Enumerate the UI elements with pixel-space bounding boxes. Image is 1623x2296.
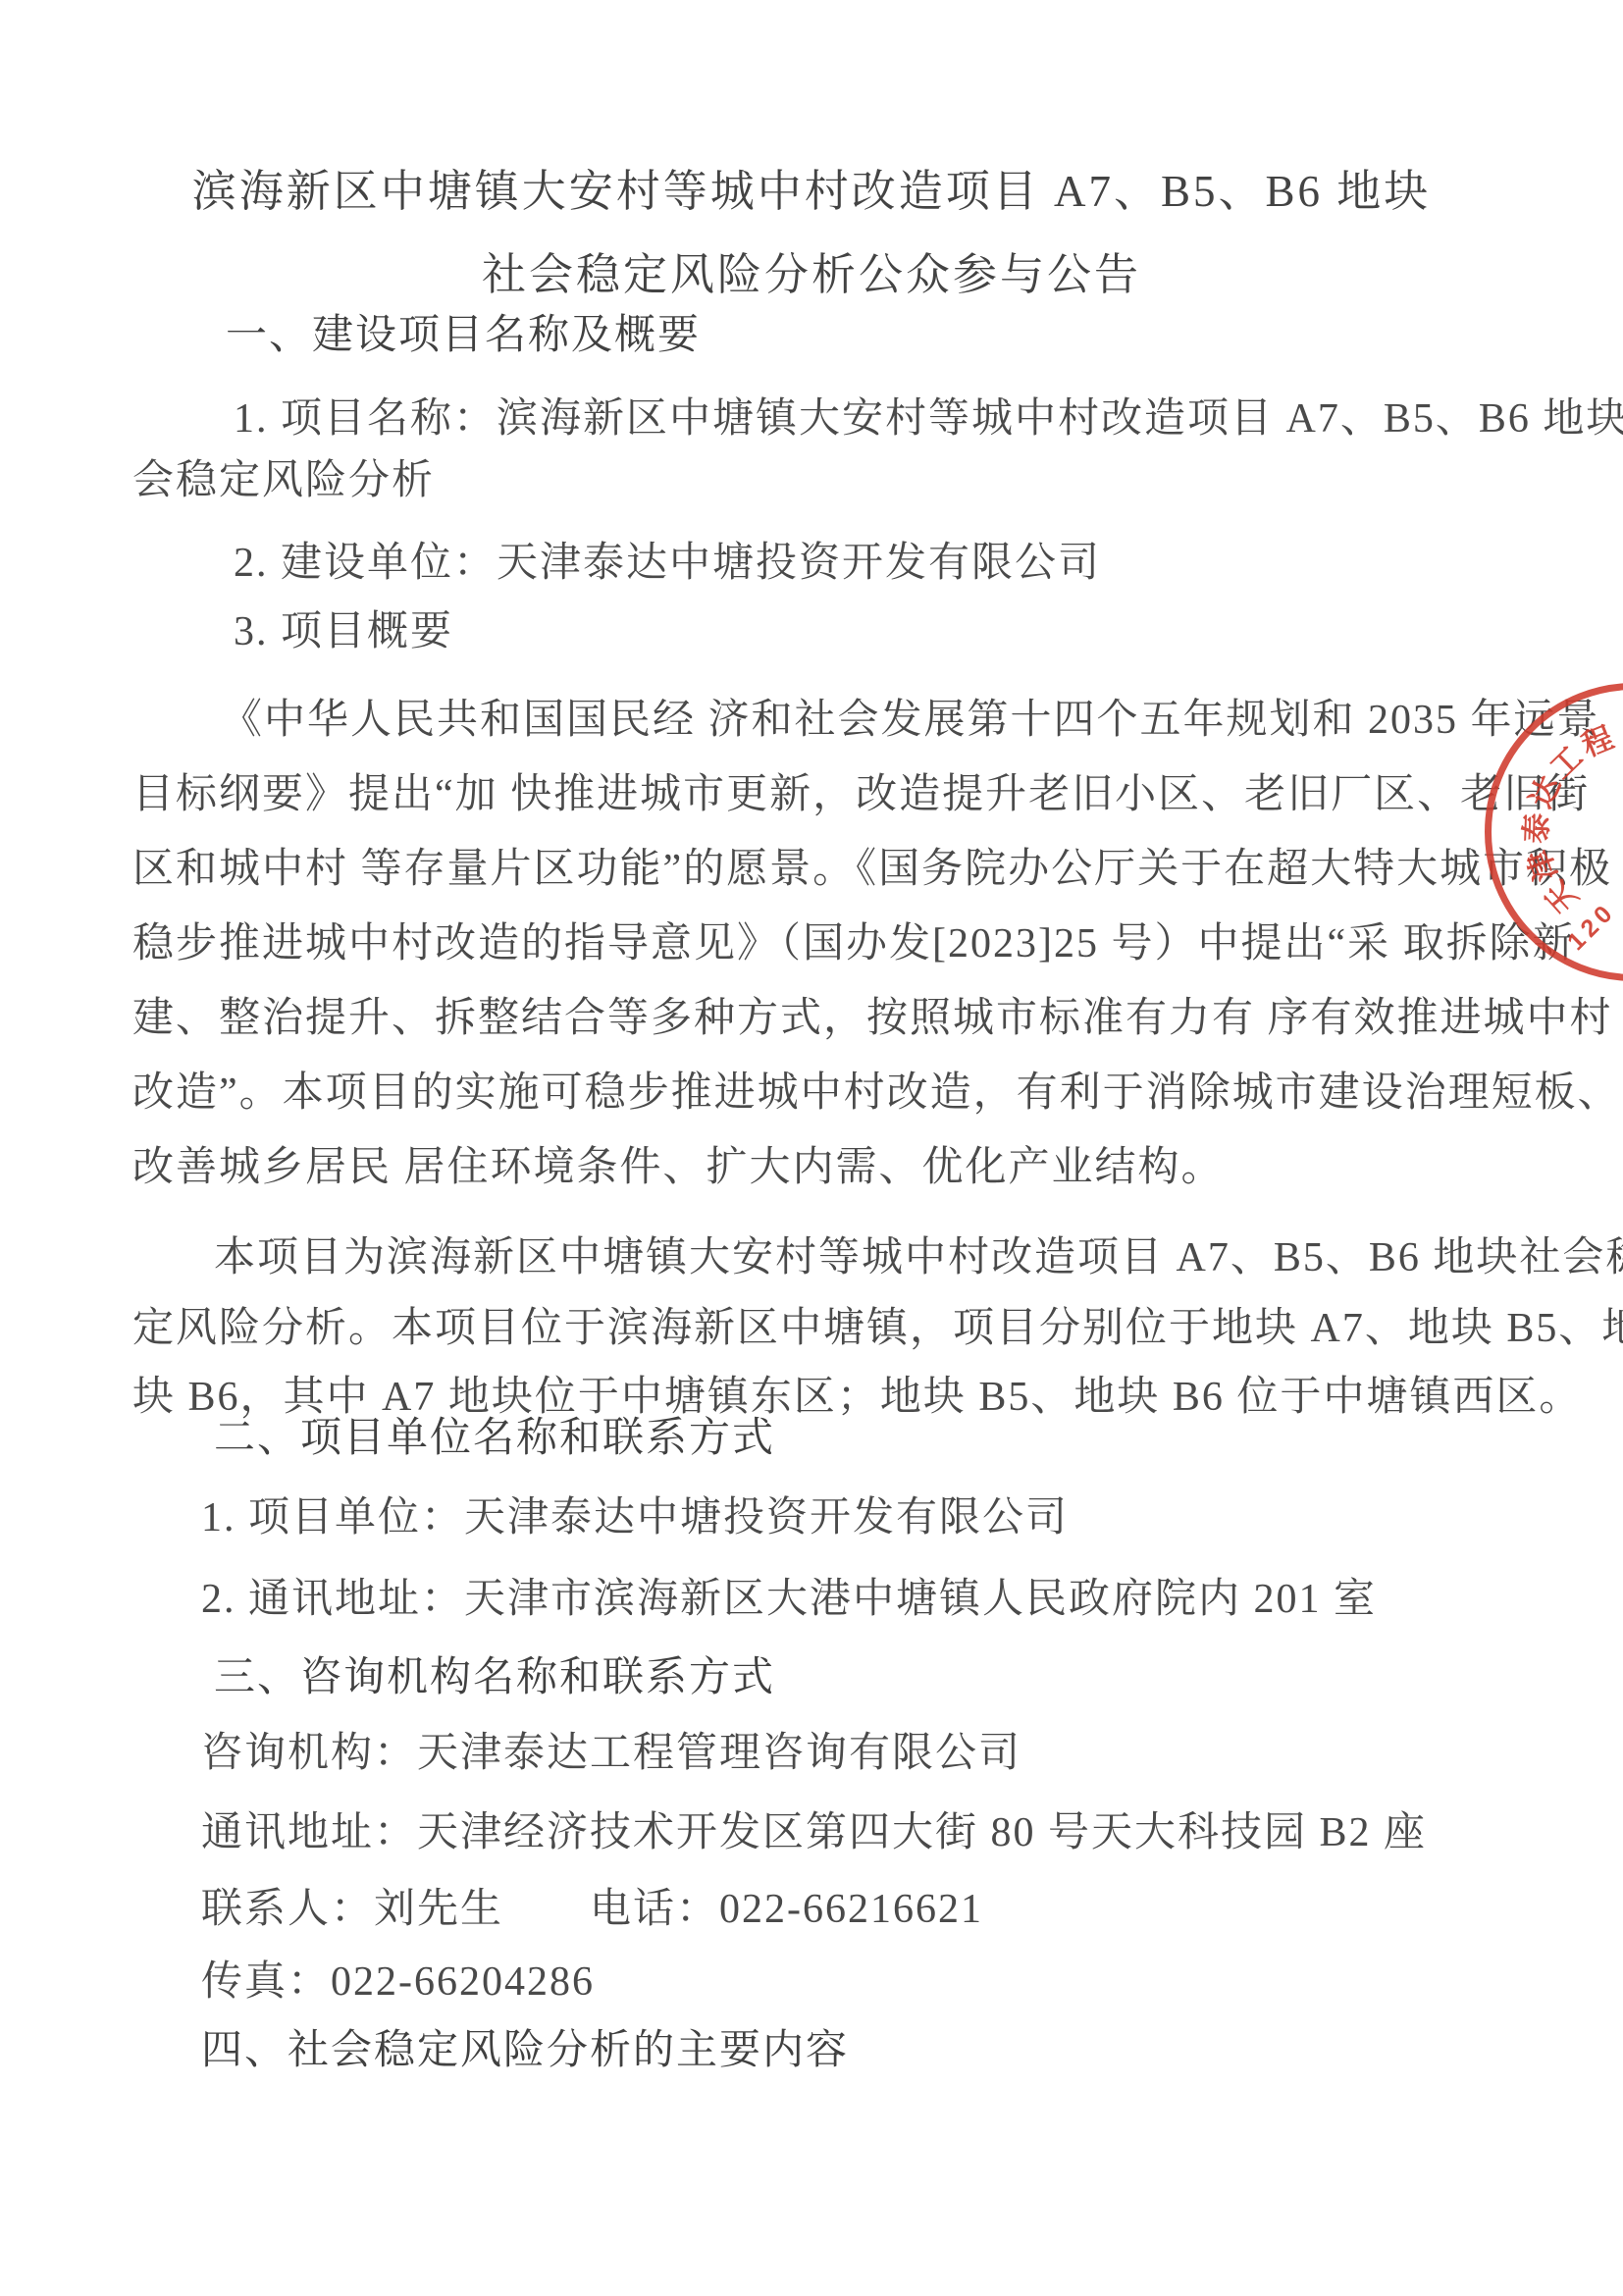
- consultant-name-line: 咨询机构：天津泰达工程管理咨询有限公司: [201, 1720, 1021, 1779]
- body-line: 区和城中村 等存量片区功能”的愿景。《国务院办公厅关于在超大特大城市积极: [132, 836, 1612, 895]
- section-heading-4: 四、社会稳定风险分析的主要内容: [201, 2017, 849, 2076]
- section-heading-3: 三、咨询机构名称和联系方式: [214, 1644, 775, 1703]
- section-heading-1: 一、建设项目名称及概要: [226, 302, 701, 361]
- seal-arc-char: 泰: [1511, 812, 1556, 845]
- body-line: 1. 项目名称：滨海新区中塘镇大安村等城中村改造项目 A7、B5、B6 地块社: [234, 386, 1623, 444]
- body-line: 改造”。本项目的实施可稳步推进城中村改造，有利于消除城市建设治理短板、: [132, 1060, 1621, 1119]
- body-line: 改善城乡居民 居住环境条件、扩大内需、优化产业结构。: [132, 1134, 1225, 1193]
- section-heading-2: 二、项目单位名称和联系方式: [214, 1405, 775, 1464]
- body-line: 本项目为滨海新区中塘镇大安村等城中村改造项目 A7、B5、B6 地块社会稳: [214, 1225, 1623, 1283]
- scanned-document-page: 滨海新区中塘镇大安村等城中村改造项目 A7、B5、B6 地块 社会稳定风险分析公…: [0, 0, 1623, 2296]
- consultant-address-line: 通讯地址：天津经济技术开发区第四大街 80 号天大科技园 B2 座: [201, 1800, 1427, 1858]
- fax-line: 传真：022-66204286: [201, 1949, 595, 2008]
- body-line: 2. 通讯地址：天津市滨海新区大港中塘镇人民政府院内 201 室: [201, 1566, 1377, 1625]
- body-line: 会稳定风险分析: [132, 447, 435, 506]
- body-line: 定风险分析。本项目位于滨海新区中塘镇，项目分别位于地块 A7、地块 B5、地: [132, 1295, 1623, 1354]
- contact-phone-line: 联系人：刘先生 电话：022-66216621: [201, 1876, 983, 1935]
- doc-title-line-2: 社会稳定风险分析公众参与公告: [0, 238, 1623, 302]
- body-line: 稳步推进城中村改造的指导意见》（国办发[2023]25 号）中提出“采 取拆除新: [132, 911, 1576, 969]
- doc-title-line-1: 滨海新区中塘镇大安村等城中村改造项目 A7、B5、B6 地块: [0, 155, 1623, 219]
- body-line: 《中华人民共和国国民经 济和社会发展第十四个五年规划和 2035 年远景: [221, 687, 1600, 746]
- body-line: 建、整治提升、拆整结合等多种方式，按照城市标准有力有 序有效推进城中村: [132, 985, 1613, 1044]
- body-line: 3. 项目概要: [234, 599, 453, 657]
- body-line: 1. 项目单位：天津泰达中塘投资开发有限公司: [201, 1485, 1069, 1543]
- body-line: 2. 建设单位：天津泰达中塘投资开发有限公司: [234, 530, 1101, 589]
- body-line: 目标纲要》提出“加 快推进城市更新，改造提升老旧小区、老旧厂区、老旧街: [132, 761, 1590, 820]
